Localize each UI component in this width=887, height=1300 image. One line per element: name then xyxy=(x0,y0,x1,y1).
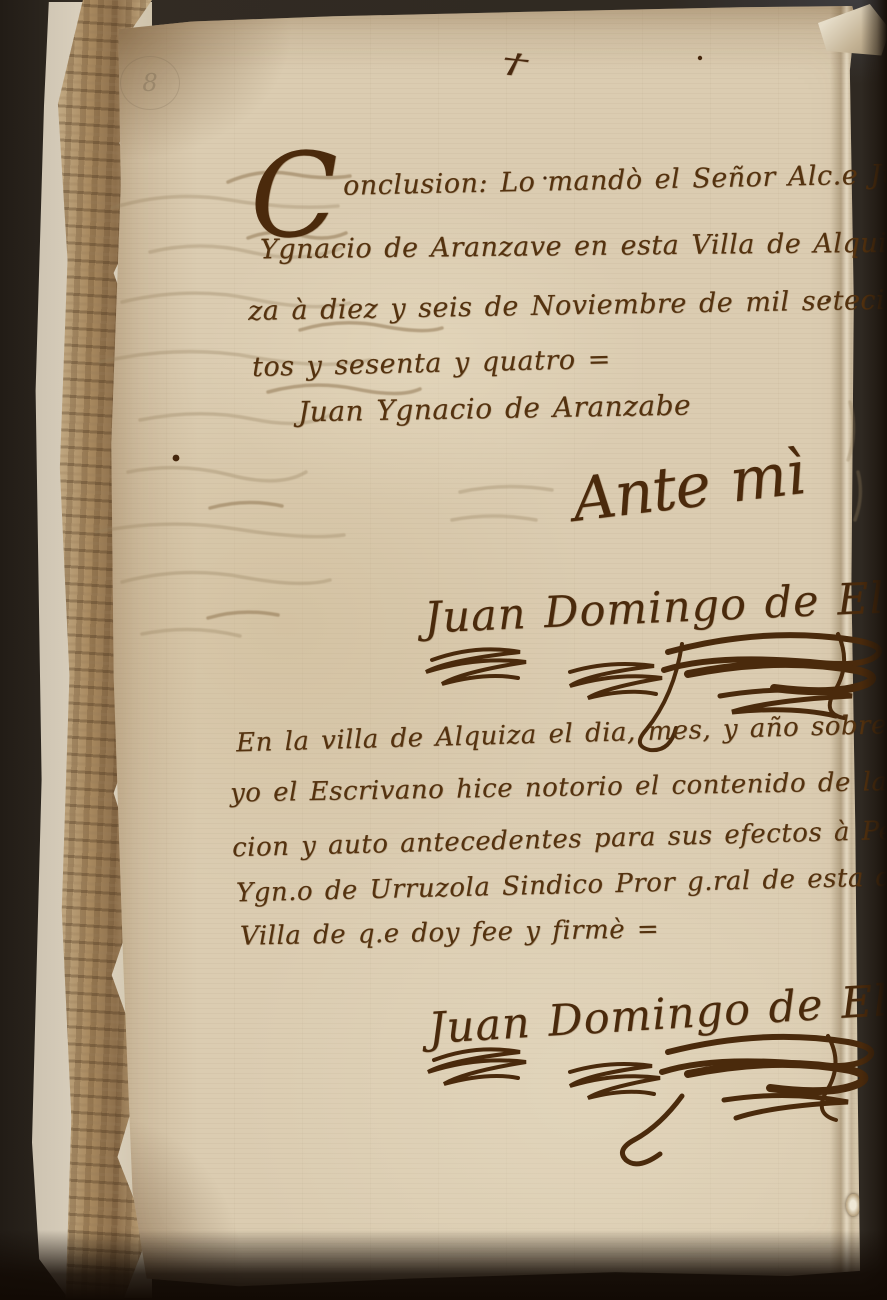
alcalde-signature-line: Juan Ygnacio de Aranzabe xyxy=(298,389,692,429)
signature-rubric-2 xyxy=(424,1030,874,1180)
photo-backdrop: † 8 Conclusion: Lo mandò el Señor Alc.e … xyxy=(0,0,887,1300)
invocation-cross: † xyxy=(500,47,530,82)
conclusion-line-2: Ygnacio de Aranzave en esta Villa de Alq… xyxy=(260,228,887,266)
